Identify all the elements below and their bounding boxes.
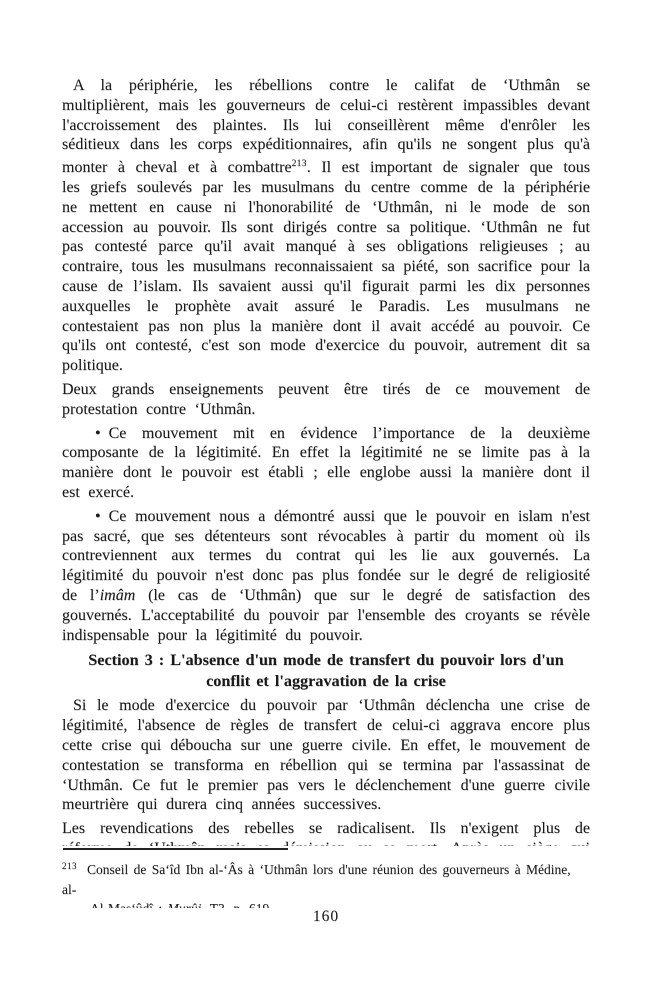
footnote-number: 213 xyxy=(62,861,77,871)
italic-term-imam: imâm xyxy=(100,587,136,604)
bullet-icon: • xyxy=(95,425,101,442)
page-number: 160 xyxy=(62,908,590,926)
page-text-block: A la périphérie, les rébellions contre l… xyxy=(62,76,590,882)
paragraph-text: (le cas de ‘Uthmân) que sur le degré de … xyxy=(62,587,590,644)
footnote-text: Conseil de Sa‘îd Ibn al-‘Âs à ‘Uthmân lo… xyxy=(62,862,571,897)
paragraph-transfert-crise: Si le mode d'exercice du pouvoir par ‘Ut… xyxy=(62,696,590,815)
bullet-paragraph-legitimite: •Ce mouvement mit en évidence l’importan… xyxy=(62,424,590,503)
footnote-separator-line xyxy=(63,848,288,850)
paragraph-enseignements: Deux grands enseignements peuvent être t… xyxy=(62,380,590,420)
paragraph-text: . Il est important de signaler que tous … xyxy=(62,159,590,374)
paragraph-rebellions: A la périphérie, les rébellions contre l… xyxy=(62,76,590,376)
bullet-paragraph-pouvoir-islam: •Ce mouvement nous a démontré aussi que … xyxy=(62,507,590,646)
footnote-reference-213: 213 xyxy=(292,159,307,169)
section-heading-line-2: conflit et l'aggravation de la crise xyxy=(62,671,590,692)
bullet-icon: • xyxy=(95,508,101,525)
section-heading-line-1: Section 3 : L'absence d'un mode de trans… xyxy=(62,650,590,671)
section-heading: Section 3 : L'absence d'un mode de trans… xyxy=(62,650,590,692)
scanned-document-page: A la périphérie, les rébellions contre l… xyxy=(0,0,650,1007)
paragraph-text: Ce mouvement mit en évidence l’importanc… xyxy=(62,425,590,501)
footnote-line-1: 213Conseil de Sa‘îd Ibn al-‘Âs à ‘Uthmân… xyxy=(62,857,590,899)
